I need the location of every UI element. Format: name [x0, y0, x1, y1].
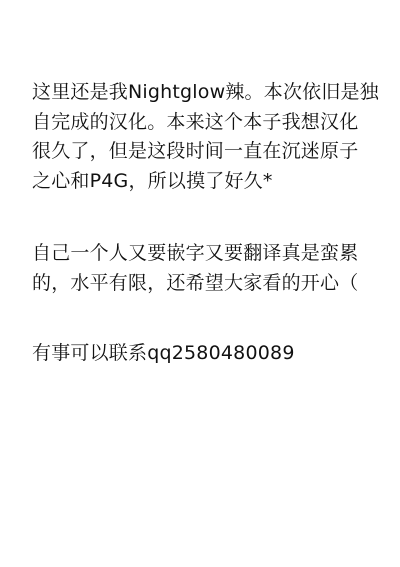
contact-paragraph: 有事可以联系qq2580480089	[32, 339, 372, 369]
text-line: 很久了，但是这段时间一直在沉迷原子	[32, 137, 372, 167]
text-line: 的，水平有限，还希望大家看的开心（	[32, 269, 372, 299]
text-line: 这里还是我Nightglow辣。本次依旧是独	[32, 78, 372, 108]
contact-line: 有事可以联系qq2580480089	[32, 339, 372, 369]
effort-paragraph: 自己一个人又要嵌字又要翻译真是蛮累 的，水平有限，还希望大家看的开心（	[32, 239, 372, 298]
text-line: 自完成的汉化。本来这个本子我想汉化	[32, 108, 372, 138]
text-line: 之心和P4G，所以摸了好久*	[32, 167, 372, 197]
text-line: 自己一个人又要嵌字又要翻译真是蛮累	[32, 239, 372, 269]
intro-paragraph: 这里还是我Nightglow辣。本次依旧是独 自完成的汉化。本来这个本子我想汉化…	[32, 78, 372, 196]
